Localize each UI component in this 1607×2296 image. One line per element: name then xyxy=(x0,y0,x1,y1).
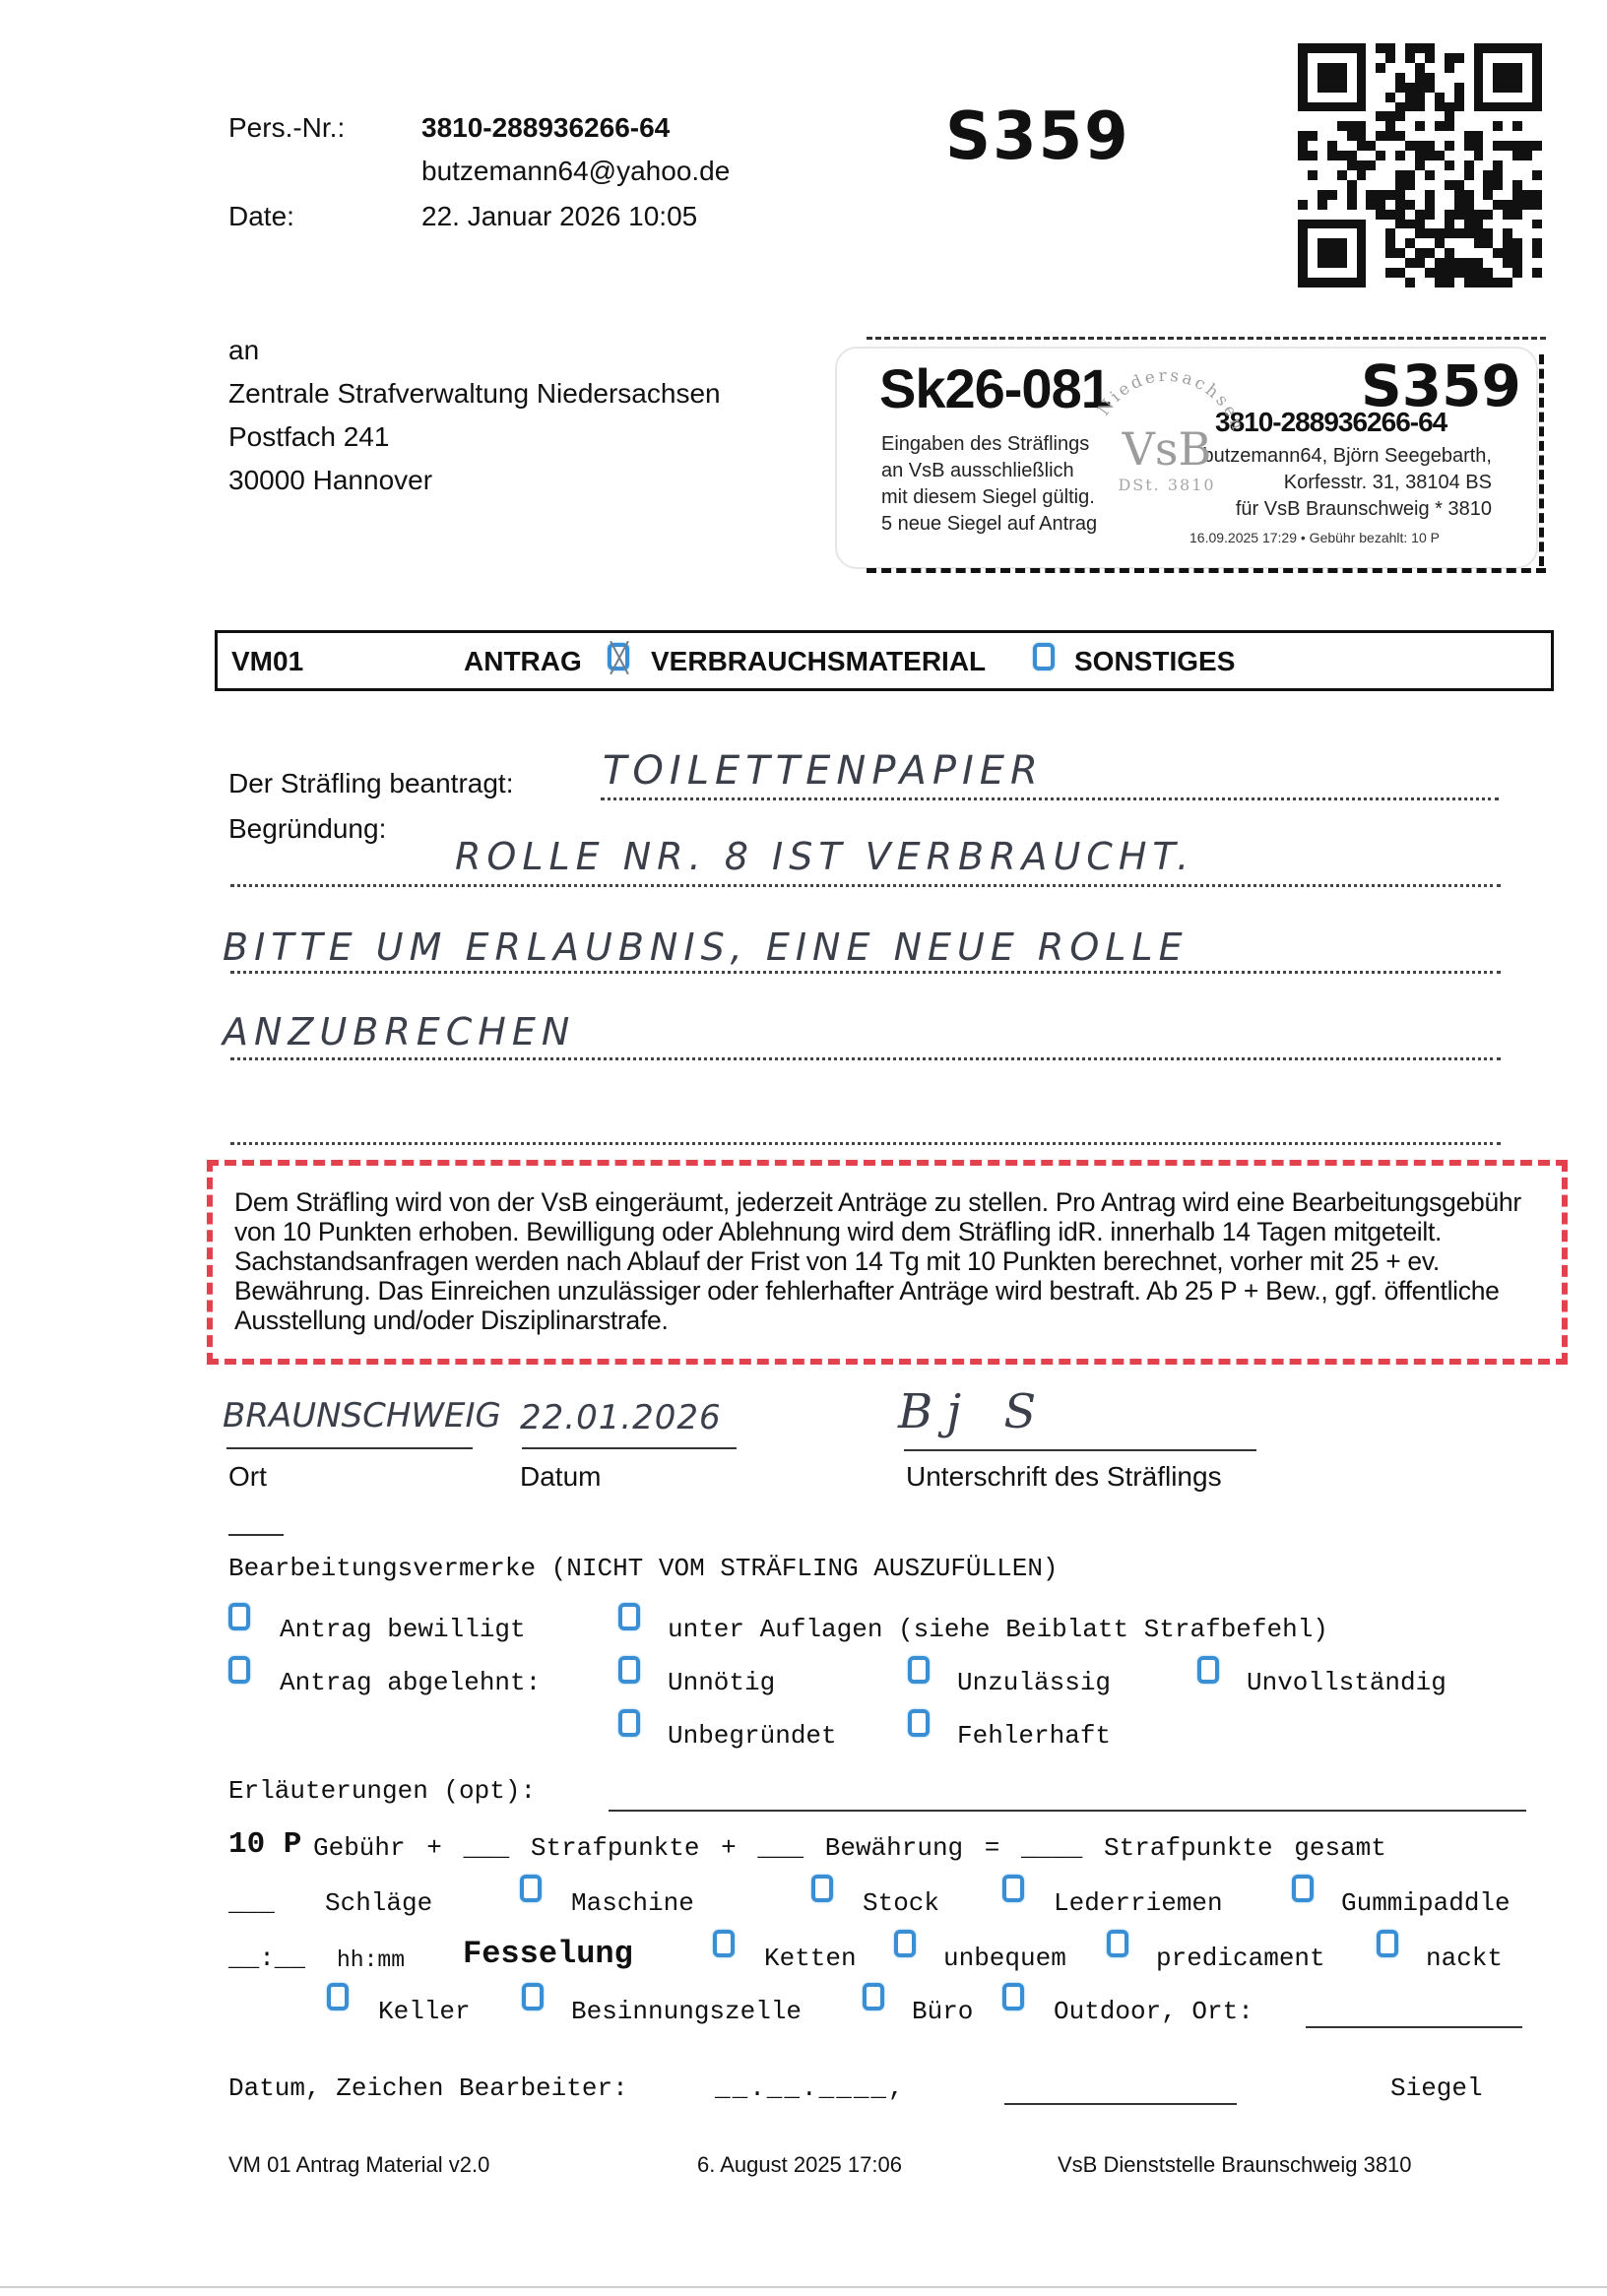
recipient-prefix: an xyxy=(228,335,259,366)
signature-line xyxy=(904,1449,1256,1451)
page-edge xyxy=(0,2286,1607,2288)
checkbox-predicament[interactable] xyxy=(1107,1930,1128,1957)
official-stamp: Niedersachsen VsB DSt. 3810 xyxy=(1083,366,1251,534)
checkbox-unvollstaendig[interactable] xyxy=(1197,1656,1219,1684)
recipient-line: Postfach 241 xyxy=(228,421,389,453)
footer-form-date: 6. August 2025 17:06 xyxy=(697,2152,902,2178)
auflagen-label: unter Auflagen (siehe Beiblatt Strafbefe… xyxy=(668,1615,1328,1644)
outdoor-ort-field[interactable] xyxy=(1306,2026,1522,2028)
checkbox-buero[interactable] xyxy=(863,1983,884,2010)
notice-text: Dem Sträfling wird von der VsB eingeräum… xyxy=(234,1187,1554,1335)
fesselung-predicament-label: predicament xyxy=(1156,1944,1325,1973)
gesamt-field[interactable]: ____ xyxy=(1021,1833,1082,1863)
beantragt-field[interactable]: TOILETTENPAPIER xyxy=(603,748,1044,794)
begruendung-line xyxy=(230,971,1501,974)
instrument-maschine-label: Maschine xyxy=(571,1888,694,1918)
location-keller-label: Keller xyxy=(378,1997,471,2026)
checkbox-unzulaessig[interactable] xyxy=(908,1656,930,1684)
option-verbrauchsmaterial-label: VERBRAUCHSMATERIAL xyxy=(651,646,986,677)
checkbox-unbegruendet[interactable] xyxy=(618,1709,640,1737)
bearbeiter-date-field[interactable]: __.__.____, xyxy=(715,2073,906,2103)
location-besinnungszelle-label: Besinnungszelle xyxy=(571,1997,802,2026)
datum-line xyxy=(522,1447,737,1449)
checkbox-gummipaddle[interactable] xyxy=(1292,1875,1314,1902)
bewilligt-label: Antrag bewilligt xyxy=(280,1615,526,1644)
checkbox-sonstiges[interactable] xyxy=(1033,643,1055,670)
recipient-line: Zentrale Strafverwaltung Niedersachsen xyxy=(228,378,721,410)
fee-amount: 10 P xyxy=(228,1827,301,1862)
location-buero-label: Büro xyxy=(912,1997,973,2026)
pers-nr-label: Pers.-Nr.: xyxy=(228,112,345,144)
seal-cut-line-bottom xyxy=(867,568,1546,573)
schlaege-label: Schläge xyxy=(325,1888,432,1918)
time-field[interactable]: __:__ xyxy=(228,1944,305,1973)
checkbox-nackt[interactable] xyxy=(1377,1930,1398,1957)
time-unit: hh:mm xyxy=(337,1947,405,1973)
erlaeuterungen-field[interactable] xyxy=(609,1810,1526,1812)
ort-field[interactable]: BRAUNSCHWEIG xyxy=(223,1396,501,1435)
abgelehnt-label: Antrag abgelehnt: xyxy=(280,1668,541,1697)
checkbox-ketten[interactable] xyxy=(713,1930,735,1957)
schlaege-field[interactable]: ___ xyxy=(228,1888,275,1918)
beantragt-line xyxy=(601,797,1499,800)
section-divider xyxy=(228,1534,284,1536)
siegel-label: Siegel xyxy=(1390,2073,1483,2103)
qr-code-icon xyxy=(1298,43,1542,287)
checkbox-unnoetig[interactable] xyxy=(618,1656,640,1684)
form-id: VM01 xyxy=(231,646,303,677)
checkbox-keller[interactable] xyxy=(327,1983,349,2010)
begruendung-line xyxy=(230,1057,1501,1060)
bearbeiter-zeichen-field[interactable] xyxy=(1004,2103,1237,2105)
begruendung-label: Begründung: xyxy=(228,813,386,845)
reason-unzulaessig-label: Unzulässig xyxy=(957,1668,1111,1697)
begruendung-line xyxy=(230,884,1501,887)
datum-zeichen-label: Datum, Zeichen Bearbeiter: xyxy=(228,2073,628,2103)
checkbox-abgelehnt[interactable] xyxy=(228,1656,250,1684)
begruendung-field-2[interactable]: BITTE UM ERLAUBNIS, EINE NEUE ROLLE xyxy=(223,925,1189,969)
location-outdoor-label: Outdoor, Ort: xyxy=(1054,1997,1253,2026)
processing-title: Bearbeitungsvermerke (NICHT VOM STRÄFLIN… xyxy=(228,1554,1059,1583)
checkbox-auflagen[interactable] xyxy=(618,1603,640,1630)
email-value: butzemann64@yahoo.de xyxy=(421,156,730,187)
fesselung-label: Fesselung xyxy=(463,1936,633,1972)
fesselung-ketten-label: Ketten xyxy=(764,1944,857,1973)
seal-case-number: Sk26-081 xyxy=(879,356,1111,420)
date-label: Date: xyxy=(228,201,294,232)
instrument-lederriemen-label: Lederriemen xyxy=(1054,1888,1223,1918)
ort-label: Ort xyxy=(228,1461,267,1493)
notice-box: Dem Sträfling wird von der VsB eingeräum… xyxy=(207,1160,1568,1365)
date-value: 22. Januar 2026 10:05 xyxy=(421,201,697,232)
fee-calculation: Gebühr + ___ Strafpunkte + ___ Bewährung… xyxy=(313,1833,1386,1863)
ort-line xyxy=(226,1447,473,1449)
svg-text:DSt. 3810: DSt. 3810 xyxy=(1118,476,1215,494)
fesselung-unbequem-label: unbequem xyxy=(943,1944,1066,1973)
instrument-gummipaddle-label: Gummipaddle xyxy=(1341,1888,1511,1918)
instrument-stock-label: Stock xyxy=(863,1888,939,1918)
checkbox-maschine[interactable] xyxy=(520,1875,542,1902)
checkbox-unbequem[interactable] xyxy=(894,1930,916,1957)
signature-label: Unterschrift des Sträflings xyxy=(906,1461,1222,1493)
checkbox-stock[interactable] xyxy=(811,1875,833,1902)
seal-cut-line-right xyxy=(1539,354,1544,566)
checkbox-lederriemen[interactable] xyxy=(1002,1875,1024,1902)
recipient-line: 30000 Hannover xyxy=(228,465,432,496)
beantragt-label: Der Sträfling beantragt: xyxy=(228,768,514,799)
option-sonstiges-label: SONSTIGES xyxy=(1074,646,1235,677)
reason-unnoetig-label: Unnötig xyxy=(668,1668,775,1697)
fesselung-nackt-label: nackt xyxy=(1426,1944,1503,1973)
begruendung-field-1[interactable]: ROLLE NR. 8 IST VERBRAUCHT. xyxy=(455,835,1194,878)
antrag-label: ANTRAG xyxy=(464,646,582,677)
checkbox-bewilligt[interactable] xyxy=(228,1603,250,1630)
code-heading: S359 xyxy=(945,98,1130,175)
form-type-box: VM01 ANTRAG VERBRAUCHSMATERIAL SONSTIGES xyxy=(215,630,1554,691)
begruendung-field-3[interactable]: ANZUBRECHEN xyxy=(223,1010,575,1053)
signature-field[interactable]: Bj S xyxy=(898,1384,1050,1439)
checkbox-fehlerhaft[interactable] xyxy=(908,1709,930,1737)
reason-fehlerhaft-label: Fehlerhaft xyxy=(957,1721,1111,1751)
footer-office: VsB Dienststelle Braunschweig 3810 xyxy=(1058,2152,1412,2178)
seal-notice: Eingaben des Sträflings an VsB ausschlie… xyxy=(881,431,1097,538)
checkbox-verbrauchsmaterial[interactable] xyxy=(608,643,629,670)
pers-nr-value: 3810-288936266-64 xyxy=(421,112,670,144)
footer-form-name: VM 01 Antrag Material v2.0 xyxy=(228,2152,489,2178)
reason-unvollstaendig-label: Unvollständig xyxy=(1247,1668,1446,1697)
seal-cut-line-top xyxy=(867,337,1546,340)
checkbox-besinnungszelle[interactable] xyxy=(522,1983,544,2010)
begruendung-line xyxy=(230,1142,1501,1145)
svg-text:VsB: VsB xyxy=(1122,422,1212,476)
reason-unbegruendet-label: Unbegründet xyxy=(668,1721,837,1751)
strafpunkte-field[interactable]: ___ xyxy=(463,1833,509,1863)
checkbox-outdoor[interactable] xyxy=(1002,1983,1024,2010)
erlaeuterungen-label: Erläuterungen (opt): xyxy=(228,1776,536,1806)
datum-field[interactable]: 22.01.2026 xyxy=(520,1398,722,1437)
datum-label: Datum xyxy=(520,1461,601,1493)
bewaehrung-field[interactable]: ___ xyxy=(757,1833,803,1863)
